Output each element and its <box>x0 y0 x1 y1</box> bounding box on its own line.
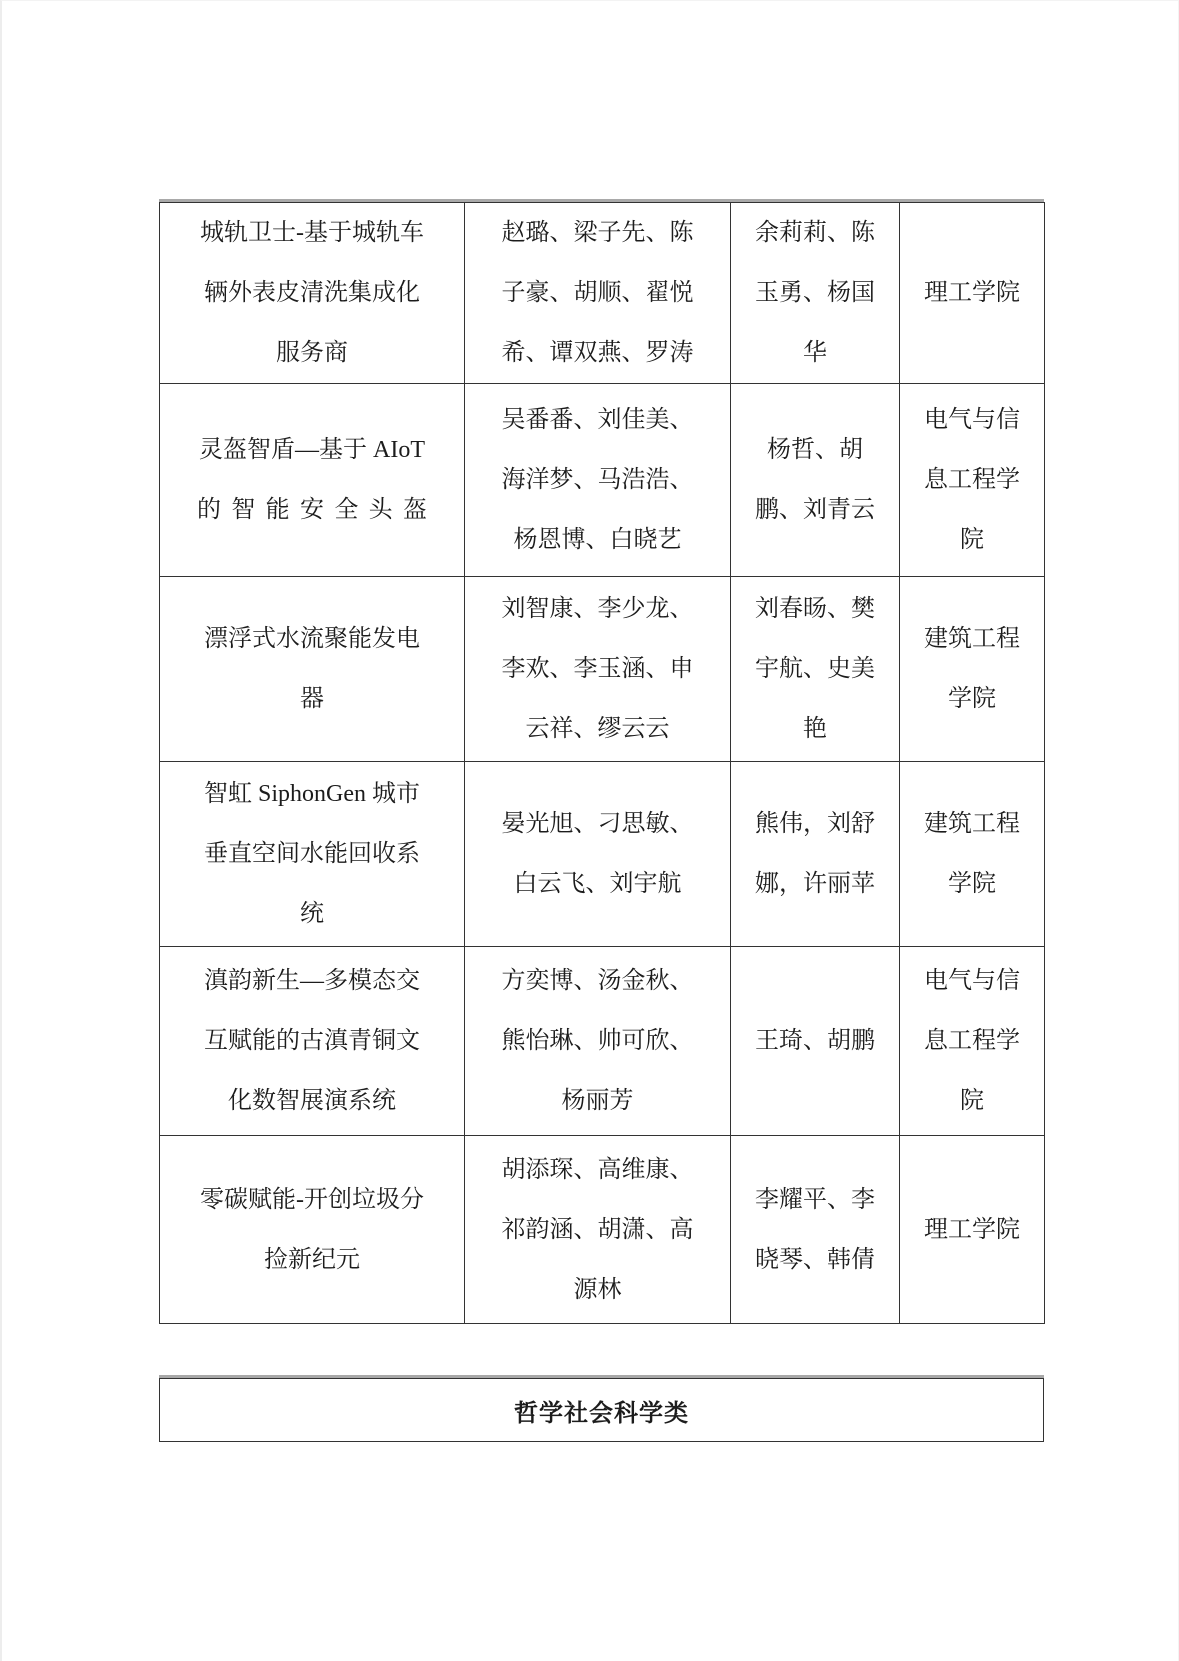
members-cell: 赵璐、梁子先、陈子豪、胡顺、翟悦希、谭双燕、罗涛 <box>465 203 731 384</box>
college-cell: 电气与信息工程学院 <box>900 384 1045 577</box>
advisors-cell: 李耀平、李晓琴、韩倩 <box>731 1136 900 1324</box>
project-cell: 漂浮式水流聚能发电器 <box>160 577 465 762</box>
members-cell: 胡添琛、高维康、祁韵涵、胡潇、高源林 <box>465 1136 731 1324</box>
members-cell: 吴番番、刘佳美、海洋梦、马浩浩、杨恩博、白晓艺 <box>465 384 731 577</box>
advisors-cell: 余莉莉、陈玉勇、杨国华 <box>731 203 900 384</box>
college-cell: 电气与信息工程学院 <box>900 947 1045 1136</box>
advisors-cell: 刘春旸、樊宇航、史美艳 <box>731 577 900 762</box>
advisors-cell: 王琦、胡鹏 <box>731 947 900 1136</box>
awards-table: 城轨卫士-基于城轨车辆外表皮清洗集成化服务商 赵璐、梁子先、陈子豪、胡顺、翟悦希… <box>159 202 1045 1324</box>
members-cell: 刘智康、李少龙、李欢、李玉涵、申云祥、缪云云 <box>465 577 731 762</box>
project-cell: 零碳赋能-开创垃圾分捡新纪元 <box>160 1136 465 1324</box>
members-cell: 方奕博、汤金秋、熊怡琳、帅可欣、杨丽芳 <box>465 947 731 1136</box>
page-content: 城轨卫士-基于城轨车辆外表皮清洗集成化服务商 赵璐、梁子先、陈子豪、胡顺、翟悦希… <box>159 199 1044 1442</box>
section-header-box: 哲学社会科学类 <box>159 1378 1044 1442</box>
college-cell: 理工学院 <box>900 1136 1045 1324</box>
project-cell: 滇韵新生—多模态交互赋能的古滇青铜文化数智展演系统 <box>160 947 465 1136</box>
college-cell: 建筑工程学院 <box>900 762 1045 947</box>
table-row: 漂浮式水流聚能发电器 刘智康、李少龙、李欢、李玉涵、申云祥、缪云云 刘春旸、樊宇… <box>160 577 1045 762</box>
table-row: 城轨卫士-基于城轨车辆外表皮清洗集成化服务商 赵璐、梁子先、陈子豪、胡顺、翟悦希… <box>160 203 1045 384</box>
table-row: 智虹 SiphonGen 城市垂直空间水能回收系统 晏光旭、刁思敏、白云飞、刘宇… <box>160 762 1045 947</box>
document-page: 城轨卫士-基于城轨车辆外表皮清洗集成化服务商 赵璐、梁子先、陈子豪、胡顺、翟悦希… <box>0 0 1179 1661</box>
section-gap <box>159 1324 1044 1375</box>
project-cell: 城轨卫士-基于城轨车辆外表皮清洗集成化服务商 <box>160 203 465 384</box>
project-cell: 灵盔智盾—基于 AIoT 的智能安全头盔 <box>160 384 465 577</box>
advisors-cell: 熊伟，刘舒娜，许丽苹 <box>731 762 900 947</box>
college-cell: 建筑工程学院 <box>900 577 1045 762</box>
members-cell: 晏光旭、刁思敏、白云飞、刘宇航 <box>465 762 731 947</box>
table-row: 滇韵新生—多模态交互赋能的古滇青铜文化数智展演系统 方奕博、汤金秋、熊怡琳、帅可… <box>160 947 1045 1136</box>
section-title: 哲学社会科学类 <box>514 1393 689 1428</box>
college-cell: 理工学院 <box>900 203 1045 384</box>
table-row: 灵盔智盾—基于 AIoT 的智能安全头盔 吴番番、刘佳美、海洋梦、马浩浩、杨恩博… <box>160 384 1045 577</box>
project-cell: 智虹 SiphonGen 城市垂直空间水能回收系统 <box>160 762 465 947</box>
table-row: 零碳赋能-开创垃圾分捡新纪元 胡添琛、高维康、祁韵涵、胡潇、高源林 李耀平、李晓… <box>160 1136 1045 1324</box>
advisors-cell: 杨哲、胡鹏、刘青云 <box>731 384 900 577</box>
